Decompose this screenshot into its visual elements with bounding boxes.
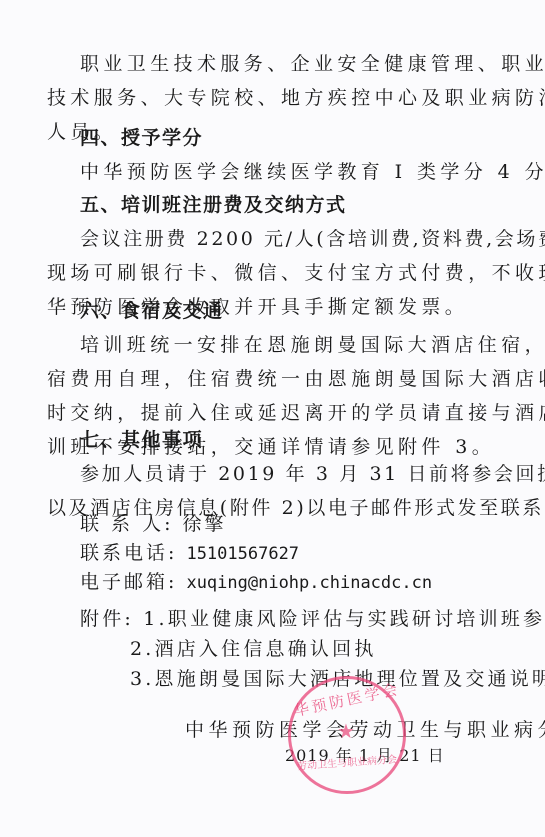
contact-phone-value: 15101567627 [186,544,299,564]
section6-body-line-2: 宿费用自理，住宿费统一由恩施朗曼国际大酒店收取，入住 [47,367,487,391]
section5-body-line-2: 现场可刷银行卡、微信、支付宝方式付费，不收现金。由中 [47,261,487,285]
contact-phone-row: 联系电话: 15101567627 [80,541,520,566]
attachment-item-2: 2.酒店入住信息确认回执 [130,637,545,661]
signature-org: 中华预防医学会劳动卫生与职业病分会 [185,718,545,742]
contact-email-row: 电子邮箱: xuqing@niohp.chinacdc.cn [80,570,520,595]
paragraph-audience-line-2: 技术服务、大专院校、地方疾控中心及职业病防治院等相关 [47,86,487,110]
contact-email-value: xuqing@niohp.chinacdc.cn [186,573,432,593]
section5-body-line-1: 会议注册费 2200 元/人(含培训费,资料费,会场费等). [80,227,520,251]
section5-heading: 五、培训班注册费及交纳方式 [80,193,520,217]
section6-body-line-3: 时交纳，提前入住或延迟离开的学员请直接与酒店联系。培 [47,401,487,425]
attachment-item-3: 3.恩施朗曼国际大酒店地理位置及交通说明 [130,667,545,691]
paragraph-audience-line-1: 职业卫生技术服务、企业安全健康管理、职业健康检查 [80,52,520,76]
contact-person-label: 联 系 人: [80,513,173,535]
contact-phone-label: 联系电话: [80,542,177,564]
attachments-row-1: 附件: 1.职业健康风险评估与实践研讨培训班参会回执 [80,607,520,631]
document-page: 职业卫生技术服务、企业安全健康管理、职业健康检查 技术服务、大专院校、地方疾控中… [0,0,545,837]
contact-person-row: 联 系 人: 徐擎 [80,512,520,536]
signature-date: 2019 年 1 月 21 日 [285,744,545,768]
contact-person-value: 徐擎 [183,513,227,535]
section6-body-line-1: 培训班统一安排在恩施朗曼国际大酒店住宿，交通和住 [80,333,520,357]
section6-heading: 六、食宿及交通 [80,299,520,323]
attachment-item-1: 1.职业健康风险评估与实践研讨培训班参会回执 [143,608,545,630]
section7-body-line-1: 参加人员请于 2019 年 3 月 31 日前将参会回执(附件 1) [80,462,520,486]
section7-heading: 七、其他事项 [80,428,520,452]
section4-body: 中华预防医学会继续医学教育 I 类学分 4 分。 [80,160,520,184]
section4-heading: 四、授予学分 [80,126,520,150]
contact-email-label: 电子邮箱: [80,571,177,593]
attachments-label: 附件: [80,608,134,630]
